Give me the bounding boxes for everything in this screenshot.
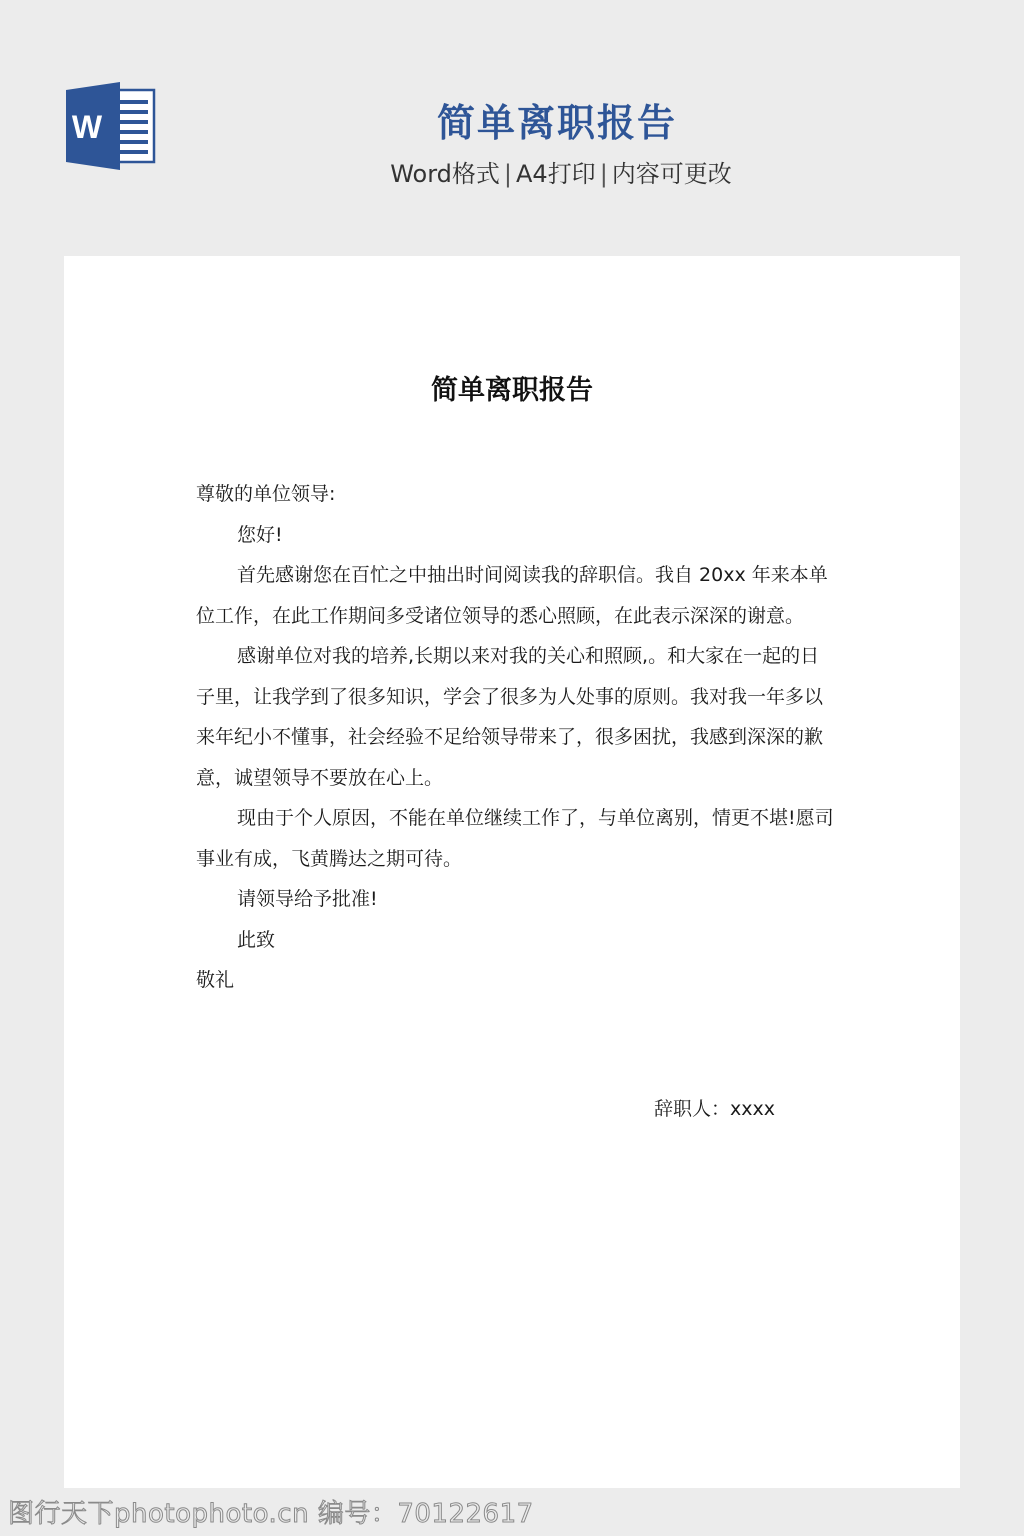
watermark: 图行天下photophoto.cn 编号：70122617 bbox=[8, 1493, 534, 1530]
document-page: 简单离职报告 尊敬的单位领导: 您好! 首先感谢您在百忙之中抽出时间阅读我的辞职… bbox=[64, 256, 960, 1488]
subtitle-format: Word格式 bbox=[390, 160, 500, 188]
subtitle-separator: | bbox=[600, 160, 608, 188]
page-banner-subtitle: Word格式|A4打印|内容可更改 bbox=[0, 154, 1024, 189]
document-title: 简单离职报告 bbox=[64, 368, 960, 407]
subtitle-separator: | bbox=[504, 160, 512, 188]
body-paragraph: 首先感谢您在百忙之中抽出时间阅读我的辞职信。我自 20xx 年来本单位工作，在此… bbox=[196, 555, 836, 636]
body-paragraph: 请领导给予批准! bbox=[196, 879, 836, 920]
subtitle-print: A4打印 bbox=[516, 160, 596, 188]
page-header: W 简单离职报告 Word格式|A4打印|内容可更改 bbox=[0, 0, 1024, 256]
body-paragraph: 现由于个人原因，不能在单位继续工作了，与单位离别，情更不堪!愿司事业有成，飞黄腾… bbox=[196, 798, 836, 879]
page-banner-title: 简单离职报告 bbox=[0, 92, 1024, 147]
signature: 辞职人：xxxx bbox=[654, 1094, 775, 1121]
closing-regards: 敬礼 bbox=[196, 960, 836, 1001]
greeting: 您好! bbox=[196, 515, 836, 556]
body-paragraph: 感谢单位对我的培养,长期以来对我的关心和照顾,。和大家在一起的日子里，让我学到了… bbox=[196, 636, 836, 798]
document-body: 尊敬的单位领导: 您好! 首先感谢您在百忙之中抽出时间阅读我的辞职信。我自 20… bbox=[196, 474, 836, 1001]
salutation: 尊敬的单位领导: bbox=[196, 474, 836, 515]
subtitle-editable: 内容可更改 bbox=[612, 160, 732, 188]
closing-line: 此致 bbox=[196, 920, 836, 961]
